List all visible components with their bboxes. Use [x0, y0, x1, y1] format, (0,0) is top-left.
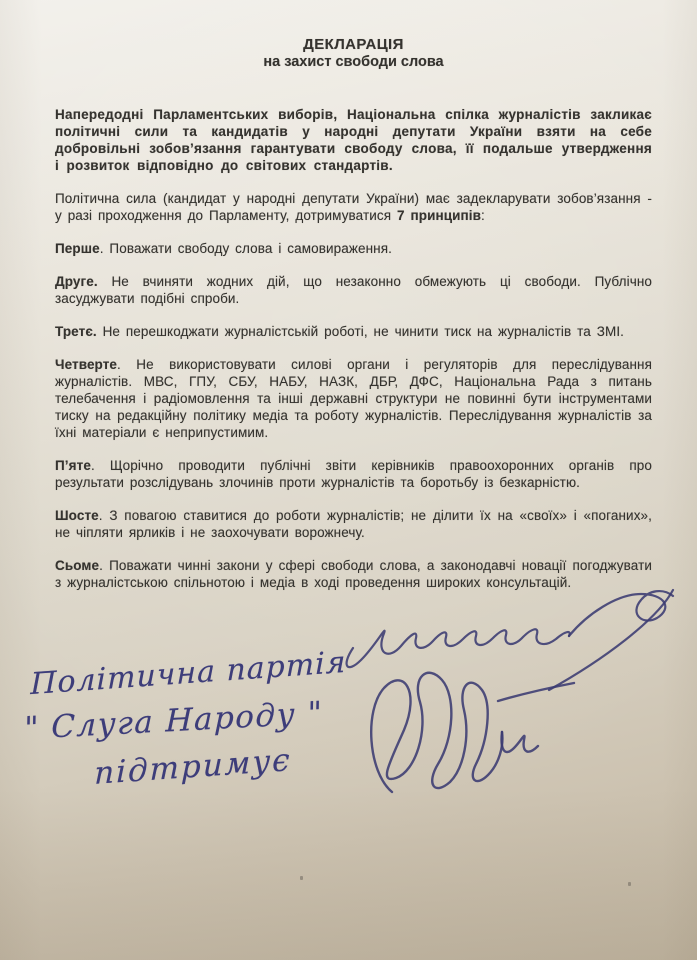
- paragraph: Політична сила (кандидат у народні депут…: [55, 190, 652, 224]
- paper-speck: [300, 876, 303, 880]
- paragraph: Перше. Поважати свободу слова і самовира…: [55, 240, 652, 257]
- paragraph: Друге. Не вчиняти жодних дій, що незакон…: [55, 273, 652, 307]
- paragraph: Шосте. З повагою ставитися до роботи жур…: [55, 507, 652, 541]
- document-paragraphs: Напередодні Парламентських виборів, Наці…: [55, 106, 652, 591]
- paper-speck: [628, 882, 631, 886]
- handwritten-party-line-1: Політична партія: [30, 645, 346, 702]
- document-subtitle: на захист свободи слова: [55, 54, 652, 71]
- document-title: ДЕКЛАРАЦІЯ: [55, 36, 652, 54]
- paragraph: П’яте. Щорічно проводити публічні звіти …: [55, 457, 652, 491]
- handwritten-party-line-2: " Слуга Народу ": [24, 695, 324, 747]
- paragraph: Напередодні Парламентських виборів, Наці…: [55, 106, 652, 174]
- handwritten-party-line-3: підтримує: [94, 742, 292, 792]
- signature-loops-icon: [352, 646, 642, 796]
- document-body: ДЕКЛАРАЦІЯ на захист свободи слова Напер…: [55, 36, 652, 607]
- paragraph: Третє. Не перешкоджати журналістській ро…: [55, 323, 652, 340]
- photographed-document-page: ДЕКЛАРАЦІЯ на захист свободи слова Напер…: [0, 0, 697, 960]
- paragraph: Четверте. Не використовувати силові орга…: [55, 356, 652, 441]
